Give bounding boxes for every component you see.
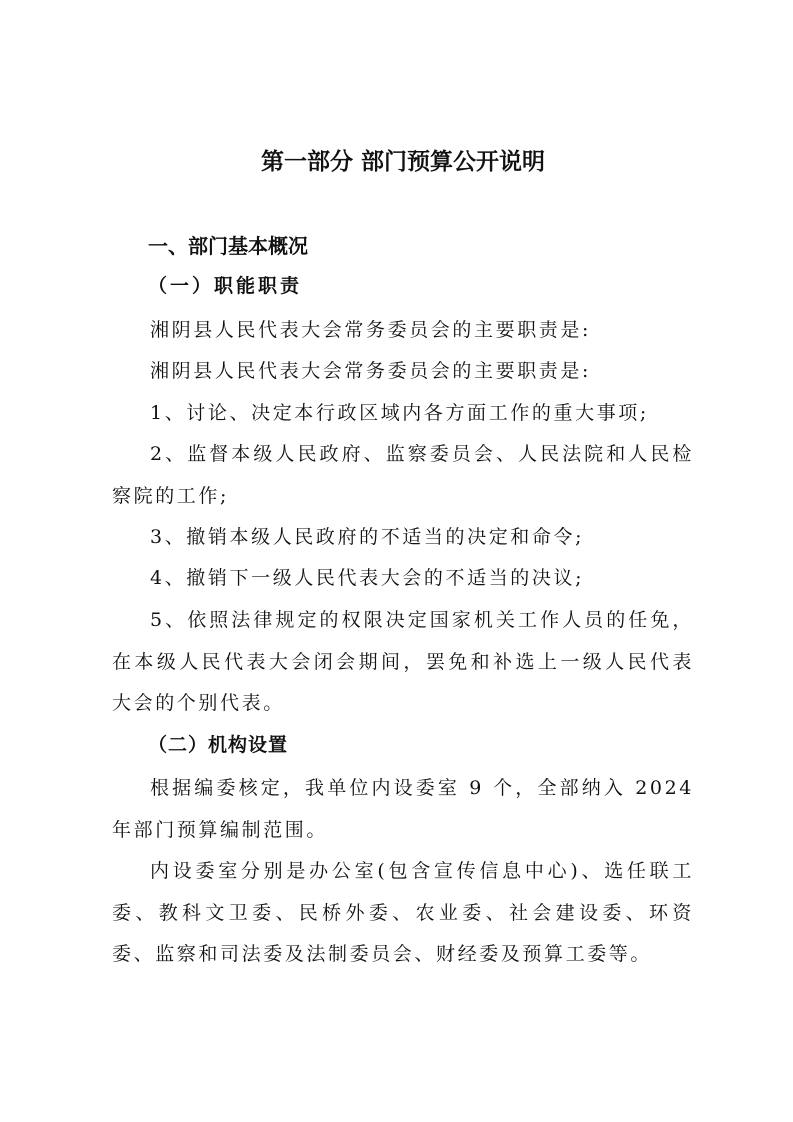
paragraph-duty-3: 3、撤销本级人民政府的不适当的决定和命令; xyxy=(112,517,694,559)
paragraph-org-list: 内设委室分别是办公室(包含宣传信息中心)、选任联工委、教科文卫委、民桥外委、农业… xyxy=(112,851,694,976)
subsection-heading-duties: （一）职能职责 xyxy=(148,271,302,301)
paragraph-duty-4: 4、撤销下一级人民代表大会的不适当的决议; xyxy=(112,558,694,600)
paragraph-duty-1: 1、讨论、决定本行政区域内各方面工作的重大事项; xyxy=(112,393,694,435)
paragraph-duties-intro-repeat: 湘阴县人民代表大会常务委员会的主要职责是: xyxy=(112,351,694,393)
subsection-heading-organization: （二）机构设置 xyxy=(148,730,288,760)
paragraph-duty-2: 2、监督本级人民政府、监察委员会、人民法院和人民检察院的工作; xyxy=(112,434,694,517)
section-heading-dept-overview: 一、部门基本概况 xyxy=(148,231,308,261)
paragraph-duties-intro: 湘阴县人民代表大会常务委员会的主要职责是: xyxy=(112,310,694,352)
page-title: 第一部分 部门预算公开说明 xyxy=(112,146,694,178)
paragraph-org-count: 根据编委核定，我单位内设委室 9 个，全部纳入 2024 年部门预算编制范围。 xyxy=(112,768,694,851)
paragraph-duty-5: 5、依照法律规定的权限决定国家机关工作人员的任免，在本级人民代表大会闭会期间，罢… xyxy=(112,600,694,725)
